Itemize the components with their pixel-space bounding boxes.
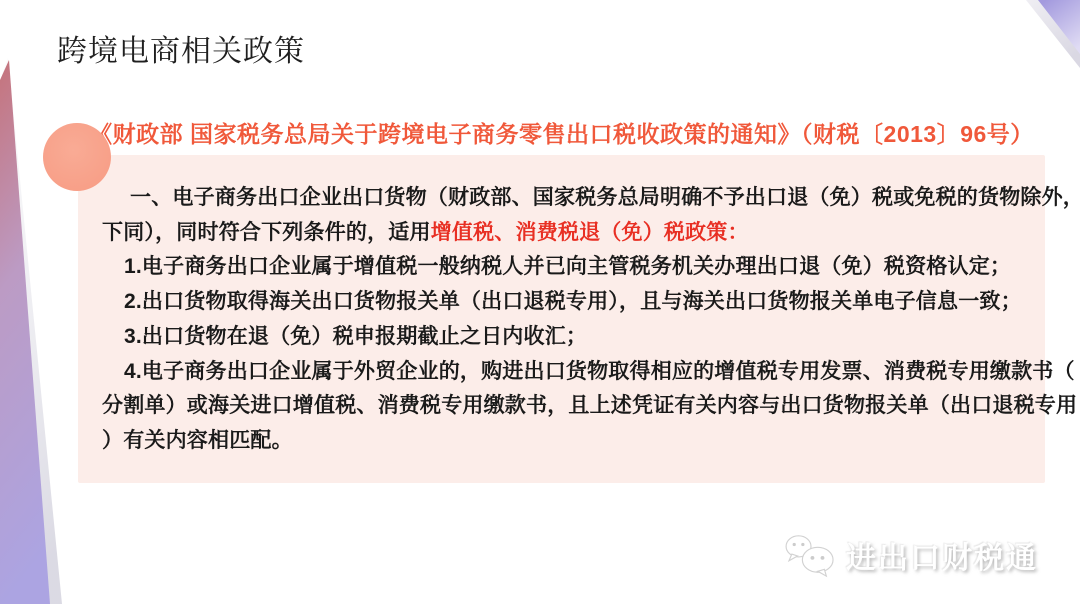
body-line: 1.电子商务出口企业属于增值税一般纳税人并已向主管税务机关办理出口退（免）税资格…: [102, 250, 1021, 285]
accent-circle: [43, 123, 111, 191]
body-text: 2.出口货物取得海关出口货物报关单（出口退税专用），且与海关出口货物报关单电子信…: [124, 290, 1022, 313]
brand-name: 进出口财税通: [846, 533, 1038, 577]
presentation-slide: 跨境电商相关政策 《财政部 国家税务总局关于跨境电子商务零售出口税收政策的通知》…: [0, 0, 1080, 604]
body-text: ）有关内容相匹配。: [102, 429, 293, 452]
policy-body: 一、电子商务出口企业出口货物（财政部、国家税务总局明确不予出口退（免）税或免税的…: [102, 181, 1021, 459]
footer-brand: 进出口财税通: [782, 532, 1038, 578]
body-line: 4.电子商务出口企业属于外贸企业的，购进出口货物取得相应的增值税专用发票、消费税…: [102, 355, 1021, 390]
policy-heading: 《财政部 国家税务总局关于跨境电子商务零售出口税收政策的通知》（财税〔2013〕…: [78, 116, 1045, 149]
body-text: 4.电子商务出口企业属于外贸企业的，购进出口货物取得相应的增值税专用发票、消费税…: [124, 360, 1075, 383]
highlighted-text: 增值税、消费税退（免）税政策：: [431, 221, 749, 244]
body-line: 一、电子商务出口企业出口货物（财政部、国家税务总局明确不予出口退（免）税或免税的…: [102, 181, 1021, 216]
slide-title: 跨境电商相关政策: [57, 26, 305, 70]
body-text: 一、电子商务出口企业出口货物（财政部、国家税务总局明确不予出口退（免）税或免税的…: [130, 186, 1080, 209]
wechat-bubbles-icon: [782, 532, 840, 578]
body-line: 2.出口货物取得海关出口货物报关单（出口退税专用），且与海关出口货物报关单电子信…: [102, 285, 1021, 320]
body-line: 分割单）或海关进口增值税、消费税专用缴款书，且上述凭证有关内容与出口货物报关单（…: [102, 389, 1021, 424]
body-text: 下同），同时符合下列条件的，适用: [102, 221, 431, 244]
body-text: 3.出口货物在退（免）税申报期截止之日内收汇；: [124, 325, 587, 348]
content-box: 一、电子商务出口企业出口货物（财政部、国家税务总局明确不予出口退（免）税或免税的…: [78, 155, 1045, 483]
corner-triangle: [1038, 0, 1080, 54]
body-line: 下同），同时符合下列条件的，适用增值税、消费税退（免）税政策：: [102, 216, 1021, 251]
corner-triangle-gray: [1026, 0, 1080, 68]
body-line: 3.出口货物在退（免）税申报期截止之日内收汇；: [102, 320, 1021, 355]
body-line: ）有关内容相匹配。: [102, 424, 1021, 459]
left-stripe: [0, 60, 50, 604]
body-text: 分割单）或海关进口增值税、消费税专用缴款书，且上述凭证有关内容与出口货物报关单（…: [102, 394, 1077, 417]
body-text: 1.电子商务出口企业属于增值税一般纳税人并已向主管税务机关办理出口退（免）税资格…: [124, 255, 1011, 278]
